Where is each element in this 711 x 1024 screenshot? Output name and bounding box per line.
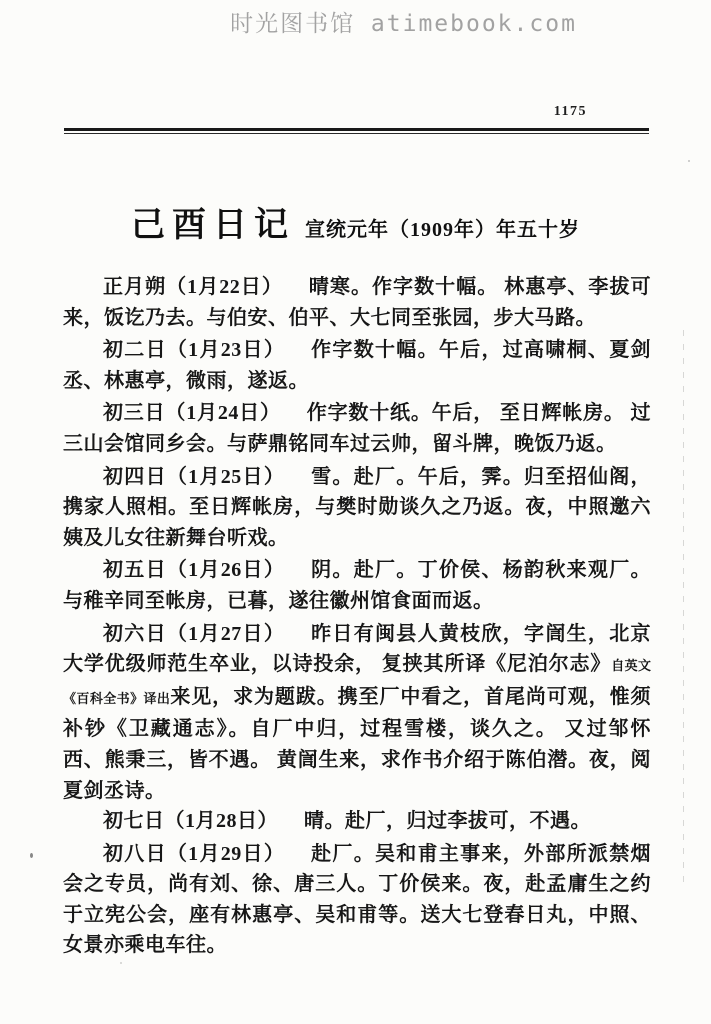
diary-entry: 初三日（1月24日）作字数十纸。午后， 至日辉帐房。 过三山会馆同乡会。与萨鼎铭… — [63, 398, 651, 461]
entry-date: 初四日（1月25日） — [103, 466, 285, 488]
scan-artifact-line — [683, 330, 684, 890]
diary-entry: 初四日（1月25日）雪。赴厂。午后，霁。归至招仙阁，携家人照相。至日辉帐房，与樊… — [63, 462, 651, 556]
entry-date: 初六日（1月27日） — [103, 623, 285, 645]
header-double-rule — [64, 128, 649, 134]
entry-date: 初三日（1月24日） — [103, 402, 281, 424]
diary-entry: 正月朔（1月22日）晴寒。作字数十幅。 林惠亭、李拔可来，饭讫乃去。与伯安、伯平… — [63, 272, 651, 335]
entry-date: 初五日（1月26日） — [103, 559, 285, 581]
entry-date: 初八日（1月29日） — [103, 843, 285, 865]
diary-entry: 初六日（1月27日）昨日有闽县人黄枝欣，字訚生，北京大学优级师范生卒业，以诗投余… — [63, 619, 651, 807]
scan-speck — [120, 962, 122, 964]
page-title: 己酉日记 — [131, 207, 295, 244]
diary-body: 正月朔（1月22日）晴寒。作字数十幅。 林惠亭、李拔可来，饭讫乃去。与伯安、伯平… — [63, 272, 651, 963]
diary-entry: 初二日（1月23日）作字数十幅。午后，过高啸桐、夏剑丞、林惠亭，微雨，遂返。 — [63, 335, 651, 398]
entry-date: 正月朔（1月22日） — [103, 276, 283, 298]
diary-entry: 初八日（1月29日）赴厂。吴和甫主事来，外部所派禁烟会之专员，尚有刘、徐、唐三人… — [63, 839, 651, 963]
entry-date: 初二日（1月23日） — [103, 339, 285, 361]
scan-speck — [30, 853, 33, 858]
diary-entry: 初五日（1月26日）阴。赴厂。丁价侯、杨韵秋来观厂。与稚辛同至帐房，已暮，遂往徽… — [63, 555, 651, 618]
entry-text: 晴。赴厂，归过李拔可，不遇。 — [304, 810, 591, 832]
title-block: 己酉日记 宣统元年（1909年）年五十岁 — [0, 197, 711, 246]
page-subtitle: 宣统元年（1909年）年五十岁 — [305, 219, 580, 241]
scanned-book-page: 时光图书馆 atimebook.com 1175 己酉日记 宣统元年（1909年… — [0, 0, 711, 1024]
scan-speck — [688, 160, 690, 162]
page-number: 1175 — [554, 104, 587, 120]
entry-date: 初七日（1月28日） — [103, 810, 278, 832]
site-watermark: 时光图书馆 atimebook.com — [0, 5, 711, 38]
diary-entry: 初七日（1月28日）晴。赴厂，归过李拔可，不遇。 — [63, 806, 651, 839]
